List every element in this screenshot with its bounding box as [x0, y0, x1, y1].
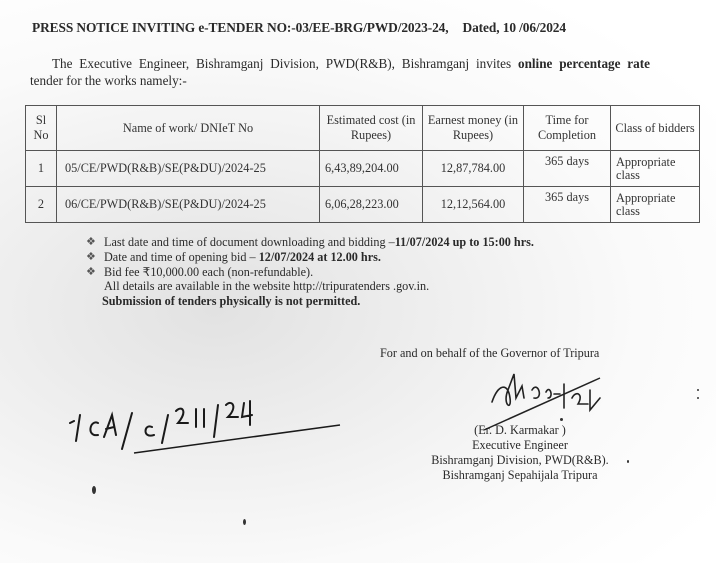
- ink-speck: [243, 519, 246, 525]
- term-last-date: ❖ Last date and time of document downloa…: [86, 235, 534, 250]
- intro-end: tender for the works namely:-: [30, 73, 187, 88]
- term-bid-fee: ❖ Bid fee ₹10,000.00 each (non-refundabl…: [86, 265, 534, 280]
- cell-emd: 12,12,564.00: [423, 187, 524, 223]
- table-header-row: Sl No Name of work/ DNIeT No Estimated c…: [26, 106, 700, 151]
- ink-speck: [560, 418, 563, 421]
- tender-table: Sl No Name of work/ DNIeT No Estimated c…: [25, 105, 700, 223]
- header-emd: Earnest money (in Rupees): [423, 106, 524, 151]
- signatory-designation: Executive Engineer: [390, 438, 650, 453]
- header-class: Class of bidders: [611, 106, 700, 151]
- diamond-bullet-icon: ❖: [86, 265, 96, 280]
- terms-list: ❖ Last date and time of document downloa…: [86, 235, 534, 309]
- intro-bold: online percentage rate: [518, 56, 650, 71]
- diamond-bullet-icon: ❖: [86, 235, 96, 250]
- intro-text: The Executive Engineer, Bishramganj Divi…: [52, 56, 511, 71]
- ink-speck: [697, 397, 699, 399]
- handwritten-note-icon: [60, 385, 350, 455]
- cell-time: 365 days: [524, 187, 611, 223]
- cell-sl: 2: [26, 187, 57, 223]
- behalf-line: For and on behalf of the Governor of Tri…: [380, 346, 599, 361]
- website-note: All details are available in the website…: [86, 279, 534, 294]
- ink-speck: [697, 389, 699, 391]
- intro-paragraph: The Executive Engineer, Bishramganj Divi…: [30, 55, 650, 89]
- header-cost: Estimated cost (in Rupees): [320, 106, 423, 151]
- term-opening-date: ❖ Date and time of opening bid – 12/07/2…: [86, 250, 534, 265]
- cell-sl: 1: [26, 151, 57, 187]
- table-row: 2 06/CE/PWD(R&B)/SE(P&DU)/2024-25 6,06,2…: [26, 187, 700, 223]
- ink-speck: [627, 460, 629, 463]
- header-name: Name of work/ DNIeT No: [57, 106, 320, 151]
- cell-class: Appropriate class: [611, 187, 700, 223]
- notice-title: PRESS NOTICE INVITING e-TENDER NO:-03/EE…: [32, 20, 566, 36]
- tender-number: PRESS NOTICE INVITING e-TENDER NO:-03/EE…: [32, 20, 449, 35]
- cell-time: 365 days: [524, 151, 611, 187]
- signatory-division: Bishramganj Division, PWD(R&B).: [390, 453, 650, 468]
- table-row: 1 05/CE/PWD(R&B)/SE(P&DU)/2024-25 6,43,8…: [26, 151, 700, 187]
- header-sl: Sl No: [26, 106, 57, 151]
- signatory-location: Bishramganj Sepahijala Tripura: [390, 468, 650, 483]
- header-time: Time for Completion: [524, 106, 611, 151]
- cell-cost: 6,43,89,204.00: [320, 151, 423, 187]
- cell-name: 06/CE/PWD(R&B)/SE(P&DU)/2024-25: [57, 187, 320, 223]
- ink-speck: [92, 486, 96, 494]
- signature-icon: [480, 364, 610, 434]
- notice-date: Dated, 10 /06/2024: [463, 20, 566, 35]
- cell-name: 05/CE/PWD(R&B)/SE(P&DU)/2024-25: [57, 151, 320, 187]
- cell-emd: 12,87,784.00: [423, 151, 524, 187]
- physical-submission-note: Submission of tenders physically is not …: [86, 294, 534, 309]
- cell-class: Appropriate class: [611, 151, 700, 187]
- cell-cost: 6,06,28,223.00: [320, 187, 423, 223]
- diamond-bullet-icon: ❖: [86, 250, 96, 265]
